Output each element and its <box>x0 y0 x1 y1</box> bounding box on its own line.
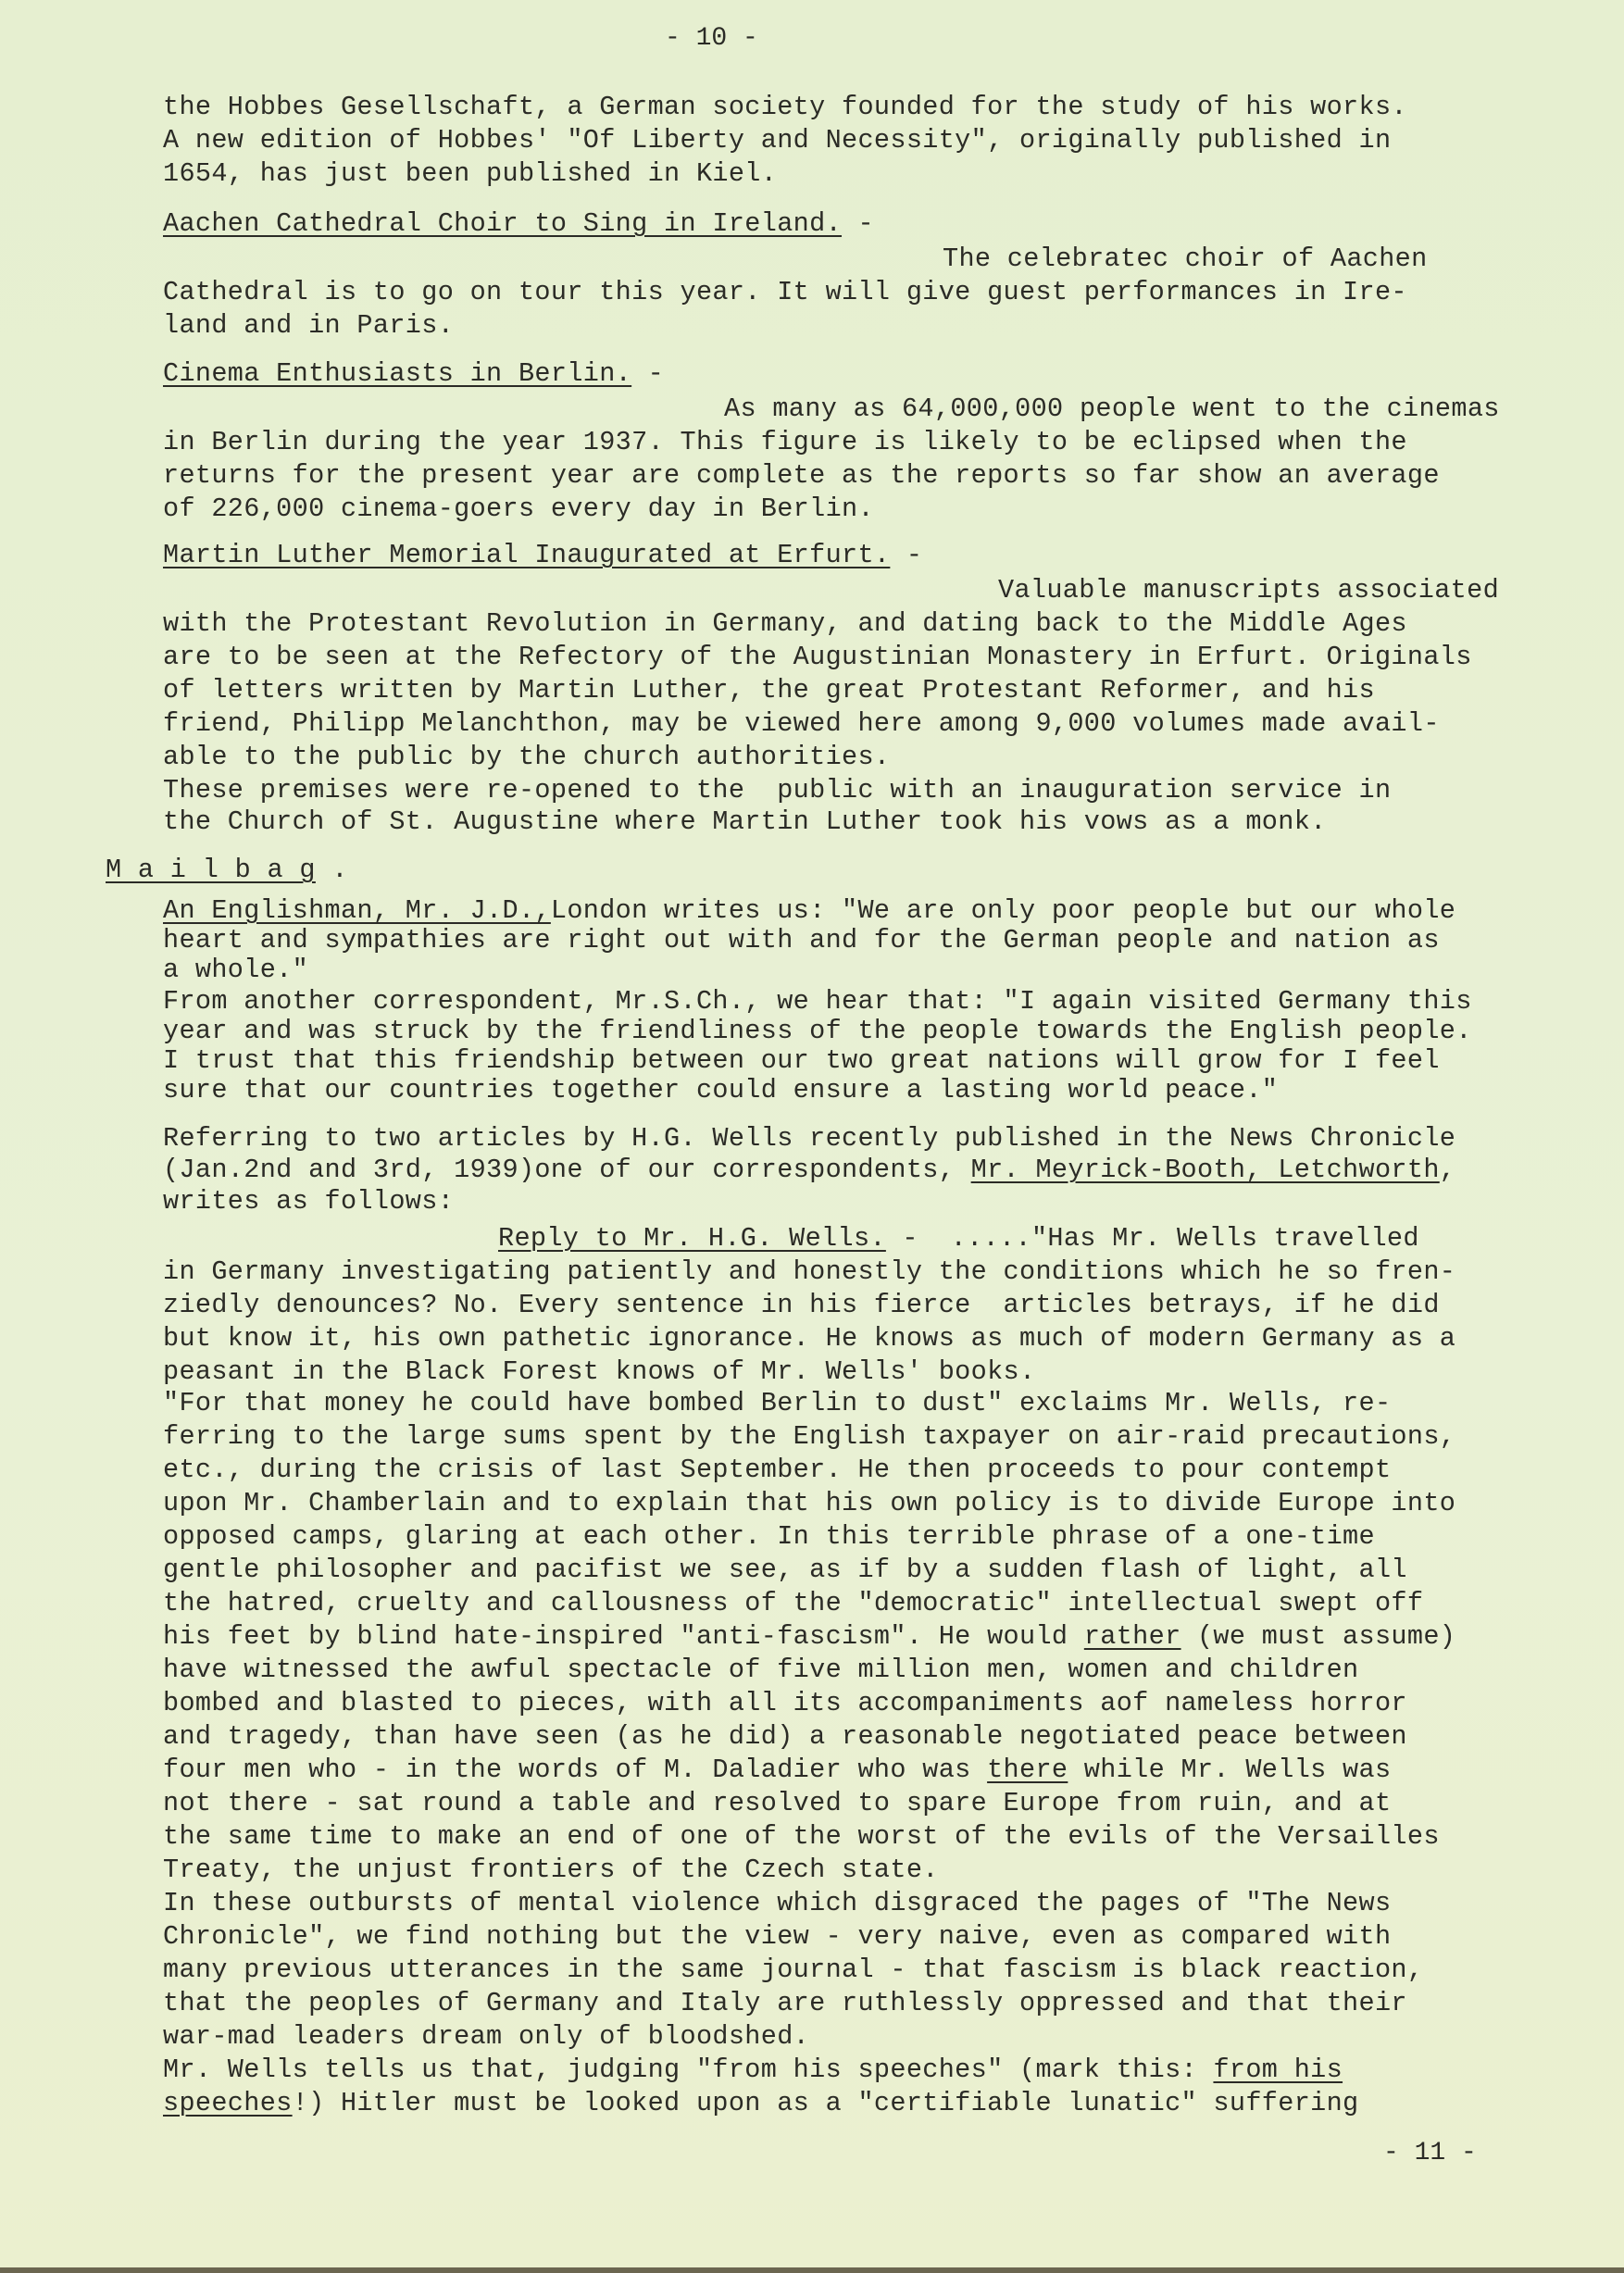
mailbag-heading: M a i l b a g . <box>106 854 348 887</box>
text-line: peasant in the Black Forest knows of Mr.… <box>163 1355 1035 1389</box>
text-line: the Church of St. Augustine where Martin… <box>163 806 1327 839</box>
text-line: In these outbursts of mental violence wh… <box>163 1887 1391 1920</box>
section-heading: Martin Luther Memorial Inaugurated at Er… <box>163 539 922 572</box>
text-line: four men who - in the words of M. Daladi… <box>163 1754 1391 1787</box>
text-line: of letters written by Martin Luther, the… <box>163 674 1375 707</box>
text-line: the hatred, cruelty and callousness of t… <box>163 1587 1423 1620</box>
section-heading: Aachen Cathedral Choir to Sing in Irelan… <box>163 207 874 241</box>
text-line: in Berlin during the year 1937. This fig… <box>163 426 1407 459</box>
text-line: able to the public by the church authori… <box>163 741 890 774</box>
text-line: The celebratec choir of Aachen <box>943 243 1428 276</box>
section-heading: Cinema Enthusiasts in Berlin. - <box>163 357 664 391</box>
text-line: ferring to the large sums spent by the E… <box>163 1420 1455 1454</box>
text-line: A new edition of Hobbes' "Of Liberty and… <box>163 124 1391 157</box>
reply-heading: Reply to Mr. H.G. Wells. - ....."Has Mr.… <box>498 1222 1419 1255</box>
text-line: sure that our countries together could e… <box>163 1074 1278 1107</box>
text-line: returns for the present year are complet… <box>163 459 1440 493</box>
text-line: bombed and blasted to pieces, with all i… <box>163 1687 1407 1720</box>
text-line: in Germany investigating patiently and h… <box>163 1255 1455 1289</box>
page-number-top: - 10 - <box>665 24 758 53</box>
text-line: are to be seen at the Refectory of the A… <box>163 641 1472 674</box>
page-number-bottom: - 11 - <box>1383 2139 1477 2167</box>
text-line: war-mad leaders dream only of bloodshed. <box>163 2020 809 2054</box>
text-line: From another correspondent, Mr.S.Ch., we… <box>163 985 1472 1018</box>
text-line: the Hobbes Gesellschaft, a German societ… <box>163 91 1407 124</box>
text-line: Mr. Wells tells us that, judging "from h… <box>163 2054 1343 2087</box>
text-line: friend, Philipp Melanchthon, may be view… <box>163 707 1440 741</box>
text-line: upon Mr. Chamberlain and to explain that… <box>163 1487 1455 1520</box>
text-line: As many as 64,000,000 people went to the… <box>724 393 1500 426</box>
text-line: with the Protestant Revolution in German… <box>163 607 1407 641</box>
text-line: opposed camps, glaring at each other. In… <box>163 1520 1375 1554</box>
text-line: and tragedy, than have seen (as he did) … <box>163 1720 1407 1754</box>
text-line: have witnessed the awful spectacle of fi… <box>163 1654 1359 1687</box>
text-line: year and was struck by the friendliness … <box>163 1015 1472 1048</box>
text-line: These premises were re-opened to the pub… <box>163 774 1391 807</box>
text-line: the same time to make an end of one of t… <box>163 1820 1440 1854</box>
text-line: many previous utterances in the same jou… <box>163 1954 1423 1987</box>
text-line: I trust that this friendship between our… <box>163 1044 1440 1078</box>
text-line: Referring to two articles by H.G. Wells … <box>163 1122 1455 1155</box>
text-line: Valuable manuscripts associated <box>998 574 1499 607</box>
text-line: his feet by blind hate-inspired "anti-fa… <box>163 1620 1455 1654</box>
text-line: of 226,000 cinema-goers every day in Ber… <box>163 493 874 526</box>
text-line: not there - sat round a table and resolv… <box>163 1787 1391 1820</box>
text-line: that the peoples of Germany and Italy ar… <box>163 1987 1407 2020</box>
text-line: 1654, has just been published in Kiel. <box>163 157 777 191</box>
text-line: Treaty, the unjust frontiers of the Czec… <box>163 1854 939 1887</box>
text-line: ziedly denounces? No. Every sentence in … <box>163 1289 1440 1322</box>
text-line: (Jan.2nd and 3rd, 1939)one of our corres… <box>163 1154 1455 1187</box>
text-line: a whole." <box>163 954 308 987</box>
text-line: An Englishman, Mr. J.D.,London writes us… <box>163 894 1455 928</box>
text-line: gentle philosopher and pacifist we see, … <box>163 1554 1407 1587</box>
text-line: writes as follows: <box>163 1185 454 1218</box>
text-line: "For that money he could have bombed Ber… <box>163 1387 1391 1420</box>
text-line: heart and sympathies are right out with … <box>163 924 1440 957</box>
text-line: Cathedral is to go on tour this year. It… <box>163 276 1407 309</box>
document-page: - 10 - the Hobbes Gesellschaft, a German… <box>0 0 1624 2273</box>
text-line: Chronicle", we find nothing but the view… <box>163 1920 1391 1954</box>
page-edge <box>0 2267 1624 2273</box>
text-line: etc., during the crisis of last Septembe… <box>163 1454 1391 1487</box>
text-line: land and in Paris. <box>163 309 454 343</box>
text-line: but know it, his own pathetic ignorance.… <box>163 1322 1455 1355</box>
text-line: speeches!) Hitler must be looked upon as… <box>163 2087 1359 2120</box>
